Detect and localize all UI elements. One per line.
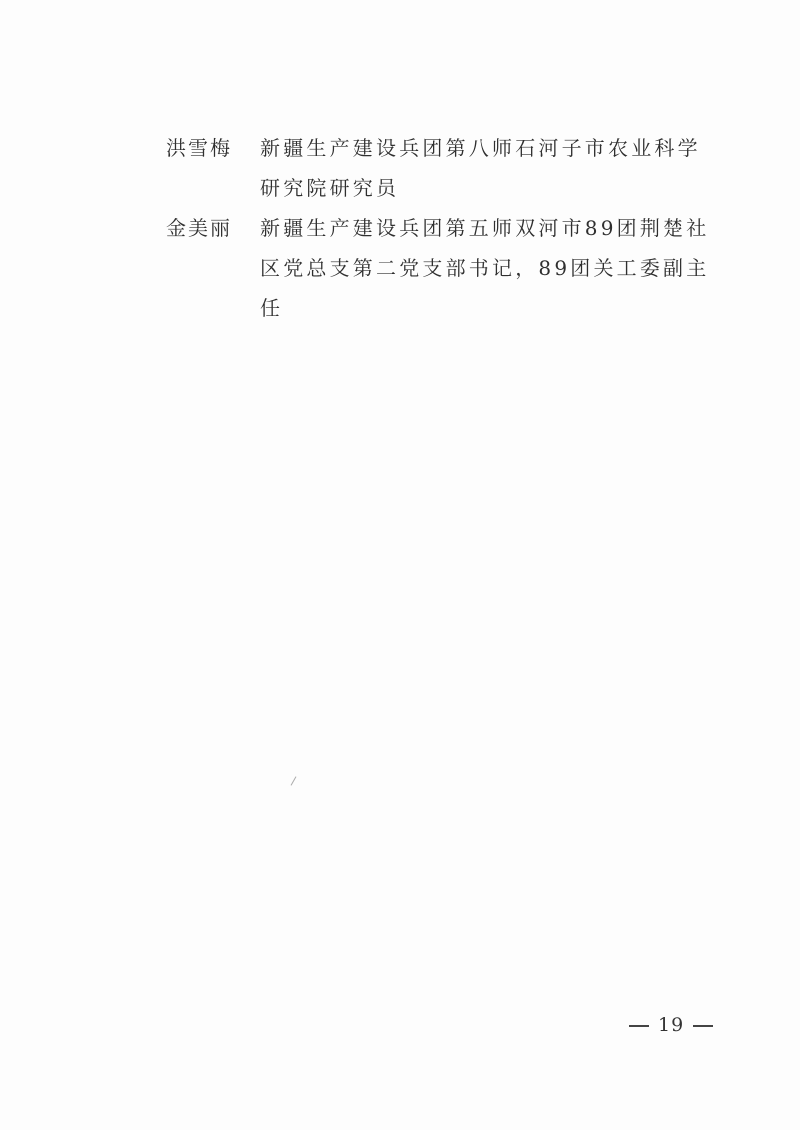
person-name: 金美丽 (166, 208, 260, 328)
dash-right (693, 1025, 713, 1027)
person-title: 新疆生产建设兵团第五师双河市89团荆楚社区党总支第二党支部书记，89团关工委副主… (260, 208, 720, 328)
person-title: 新疆生产建设兵团第八师石河子市农业科学研究院研究员 (260, 128, 720, 208)
dash-left (629, 1025, 649, 1027)
person-entry: 洪雪梅 新疆生产建设兵团第八师石河子市农业科学研究院研究员 (166, 128, 726, 208)
page-footer: 19 (620, 1014, 722, 1036)
page-number: 19 (658, 1014, 684, 1036)
person-name: 洪雪梅 (166, 128, 260, 208)
person-entry: 金美丽 新疆生产建设兵团第五师双河市89团荆楚社区党总支第二党支部书记，89团关… (166, 208, 726, 328)
scan-artifact (291, 776, 297, 785)
